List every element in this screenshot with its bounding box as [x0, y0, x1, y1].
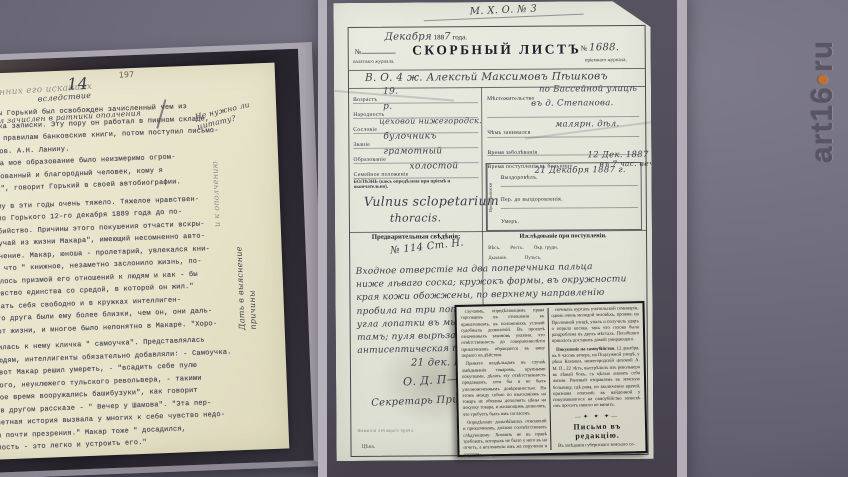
number-sign: №	[581, 44, 588, 52]
newspaper-left-column: случаямъ, опредѣляющимъ права торговцевъ…	[461, 308, 548, 452]
handwritten-diagnosis-latin: Vulnus sclopetarium	[364, 193, 499, 209]
discharge-vertical-label: Время выписки	[487, 164, 499, 230]
handwritten-patient-name: В. О. 4 ж. Алексѣй Максимовъ Пѣшковъ	[365, 70, 608, 84]
handwritten-discharge-date: 21 Декабря 1887 г.	[535, 165, 626, 176]
field-residence: Мѣстожительство по Бассейной улицѣ въ д.…	[487, 86, 639, 118]
newspaper-suicide-report: Покушеніе на самоубійство. 12 декабря, в…	[552, 346, 641, 411]
discharge-died: Умеръ.	[501, 209, 638, 230]
disease-label: БОЛѢЗНЬ (какъ опредѣлена при пріемѣ и ок…	[354, 179, 480, 190]
admission-journal-label: пріемнаго журнала.	[585, 58, 627, 63]
newspaper-column-rule	[547, 308, 551, 450]
printed-year: 188	[434, 33, 445, 41]
watermark-dot-icon: ●	[809, 72, 834, 86]
handwritten-residence-1: по Бассейной улицѣ	[539, 84, 637, 95]
handwritten-archive-note: М. Х. О. № 3	[423, 2, 583, 22]
handwritten-residence-2: въ д. Степанова.	[531, 98, 614, 109]
text-line: Принято владѣльцамъ въ случаѣ завѣдывані…	[462, 360, 547, 418]
text-line: случаямъ, опредѣляющимъ права торговцевъ…	[461, 308, 546, 360]
handwritten-year-digit: 7	[444, 31, 451, 42]
section-examination: Изслѣдованіе при поступленіи.	[486, 232, 640, 240]
left-framed-typescript: 197 лась в ранних его исканиях 14 вследс…	[0, 42, 328, 477]
handwritten-month: Декабря	[385, 31, 432, 42]
typed-paragraph-3: прикрепилась к нему кличка " самоучка". …	[0, 333, 253, 456]
discharge-box: Время выписки Выздоровѣлъ. 21 Декабря 18…	[486, 162, 642, 231]
watermark-text: art16	[806, 86, 839, 163]
newspaper-right-column: ночныхъ курсахъ учительской семинаріи, о…	[551, 306, 641, 450]
margin-note-vertical-2: Дать в выяснение причины	[232, 210, 259, 331]
measurement-labels-1: Вѣсъ. Ростъ. Окр. груди.	[488, 245, 640, 251]
handwritten-diagnosis-latin-2: thoracis.	[390, 211, 442, 224]
printed-year-word: года.	[453, 33, 467, 41]
form-date-line: Декабря 1887 года.	[385, 31, 467, 43]
letter-to-editor-heading: Письмо въ редакцію.	[554, 421, 642, 441]
typescript-paper: 197 лась в ранних его исканиях 14 вследс…	[0, 63, 289, 461]
text-line: Опредѣленіе дальнѣйшихъ отношеній и прик…	[463, 419, 547, 457]
watermark-suffix: ru	[806, 40, 839, 72]
newspaper-clipping: случаямъ, опредѣляющимъ права торговцевъ…	[454, 301, 647, 457]
letter-to-editor-first-line: Въ засѣданіи губернскаго земскаго со-	[554, 442, 641, 450]
footer-small-print: Фамилія лечащаго врача.	[357, 428, 414, 433]
admission-journal-number: № 1688.	[581, 42, 620, 53]
ornament-divider-icon: —✦ ✦ ✦—	[553, 412, 640, 421]
field-marital-status: Семейное положеніе холостой	[354, 162, 479, 179]
footer-label: Цѣна.	[361, 444, 375, 450]
suicide-report-lead: Покушеніе на самоубійство.	[556, 346, 615, 352]
handwritten-occupation: малярн. дѣл.	[555, 119, 619, 129]
suicide-report-body: 12 декабря, въ 8 часовъ вечера, на Подлу…	[552, 346, 640, 409]
museum-photo: art16●ru 197 лась в ранних его исканиях …	[0, 0, 848, 477]
field-occupation: Чѣмъ занимался малярн. дѣл.	[487, 120, 639, 138]
watermark: art16●ru	[806, 40, 840, 163]
ward-journal-label: палатнаго журнала.	[353, 60, 395, 65]
page-number: 197	[119, 70, 135, 80]
discharge-recovered: Выздоровѣлъ. 21 Декабря 1887 г.	[501, 165, 638, 187]
typescript-content: 197 лась в ранних его исканиях 14 вследс…	[0, 63, 289, 461]
handwritten-form-number: 1688.	[589, 42, 619, 53]
discharge-transferred: Пер. до выздоровленія.	[501, 187, 638, 209]
newspaper-article-end: ночныхъ курсахъ учительской семинаріи, о…	[551, 306, 639, 346]
